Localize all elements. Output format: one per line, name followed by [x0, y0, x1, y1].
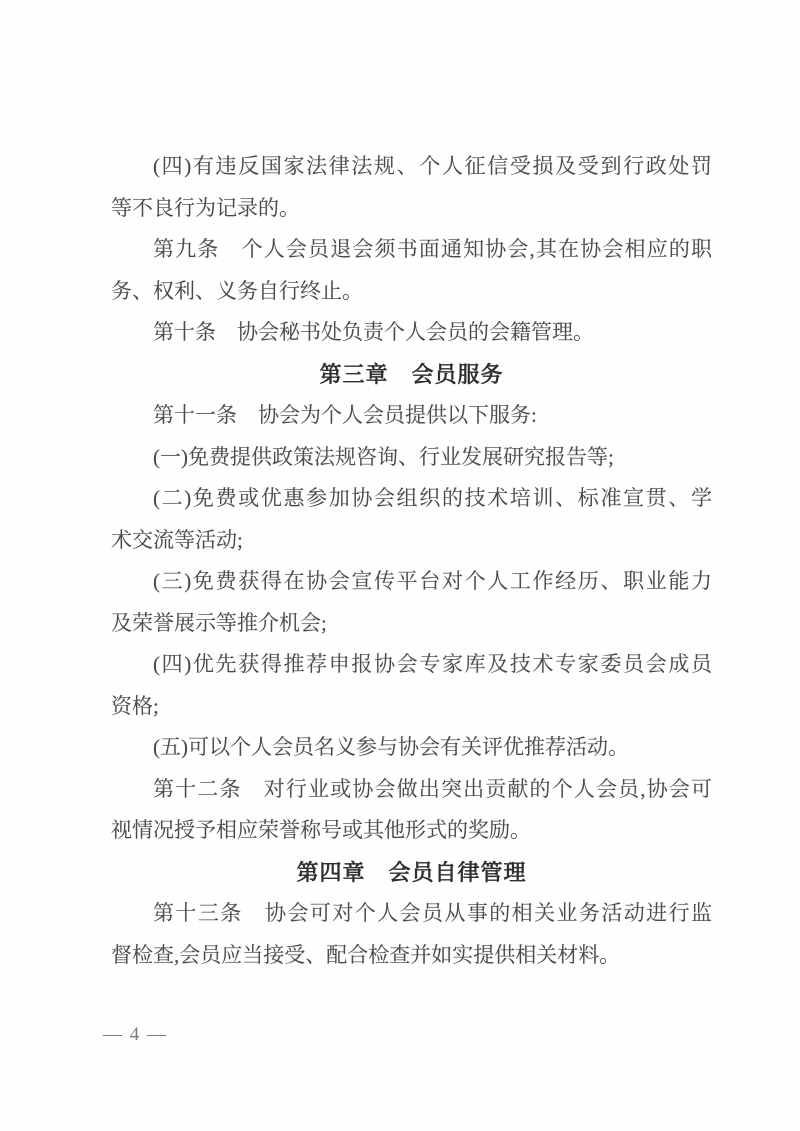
- document-body: (四)有违反国家法律法规、个人征信受损及受到行政处罚 等不良行为记录的。 第九条…: [111, 146, 712, 976]
- body-line: 第十三条 协会可对个人会员从事的相关业务活动进行监: [111, 893, 712, 935]
- body-line: 务、权利、义务自行终止。: [111, 271, 712, 313]
- body-line: 术交流等活动;: [111, 520, 712, 562]
- body-line: 及荣誉展示等推介机会;: [111, 603, 712, 645]
- body-line: 第九条 个人会员退会须书面通知协会,其在协会相应的职: [111, 229, 712, 271]
- body-line: 第十条 协会秘书处负责个人会员的会籍管理。: [111, 312, 712, 354]
- body-line: (四)有违反国家法律法规、个人征信受损及受到行政处罚: [111, 146, 712, 188]
- body-line: (五)可以个人会员名义参与协会有关评优推荐活动。: [111, 727, 712, 769]
- body-line: 资格;: [111, 686, 712, 728]
- body-line: (四)优先获得推荐申报协会专家库及技术专家委员会成员: [111, 644, 712, 686]
- chapter-4-heading: 第四章 会员自律管理: [111, 852, 712, 894]
- body-line: (三)免费获得在协会宣传平台对个人工作经历、职业能力: [111, 561, 712, 603]
- page-number: — 4 —: [103, 1023, 168, 1047]
- body-line: 第十二条 对行业或协会做出突出贡献的个人会员,协会可: [111, 769, 712, 811]
- document-page: (四)有违反国家法律法规、个人征信受损及受到行政处罚 等不良行为记录的。 第九条…: [0, 0, 800, 1131]
- body-line: (二)免费或优惠参加协会组织的技术培训、标准宣贯、学: [111, 478, 712, 520]
- body-line: 视情况授予相应荣誉称号或其他形式的奖励。: [111, 810, 712, 852]
- chapter-3-heading: 第三章 会员服务: [111, 354, 712, 396]
- body-line: 督检查,会员应当接受、配合检查并如实提供相关材料。: [111, 935, 712, 977]
- body-line: (一)免费提供政策法规咨询、行业发展研究报告等;: [111, 437, 712, 479]
- body-line: 第十一条 协会为个人会员提供以下服务:: [111, 395, 712, 437]
- body-line: 等不良行为记录的。: [111, 188, 712, 230]
